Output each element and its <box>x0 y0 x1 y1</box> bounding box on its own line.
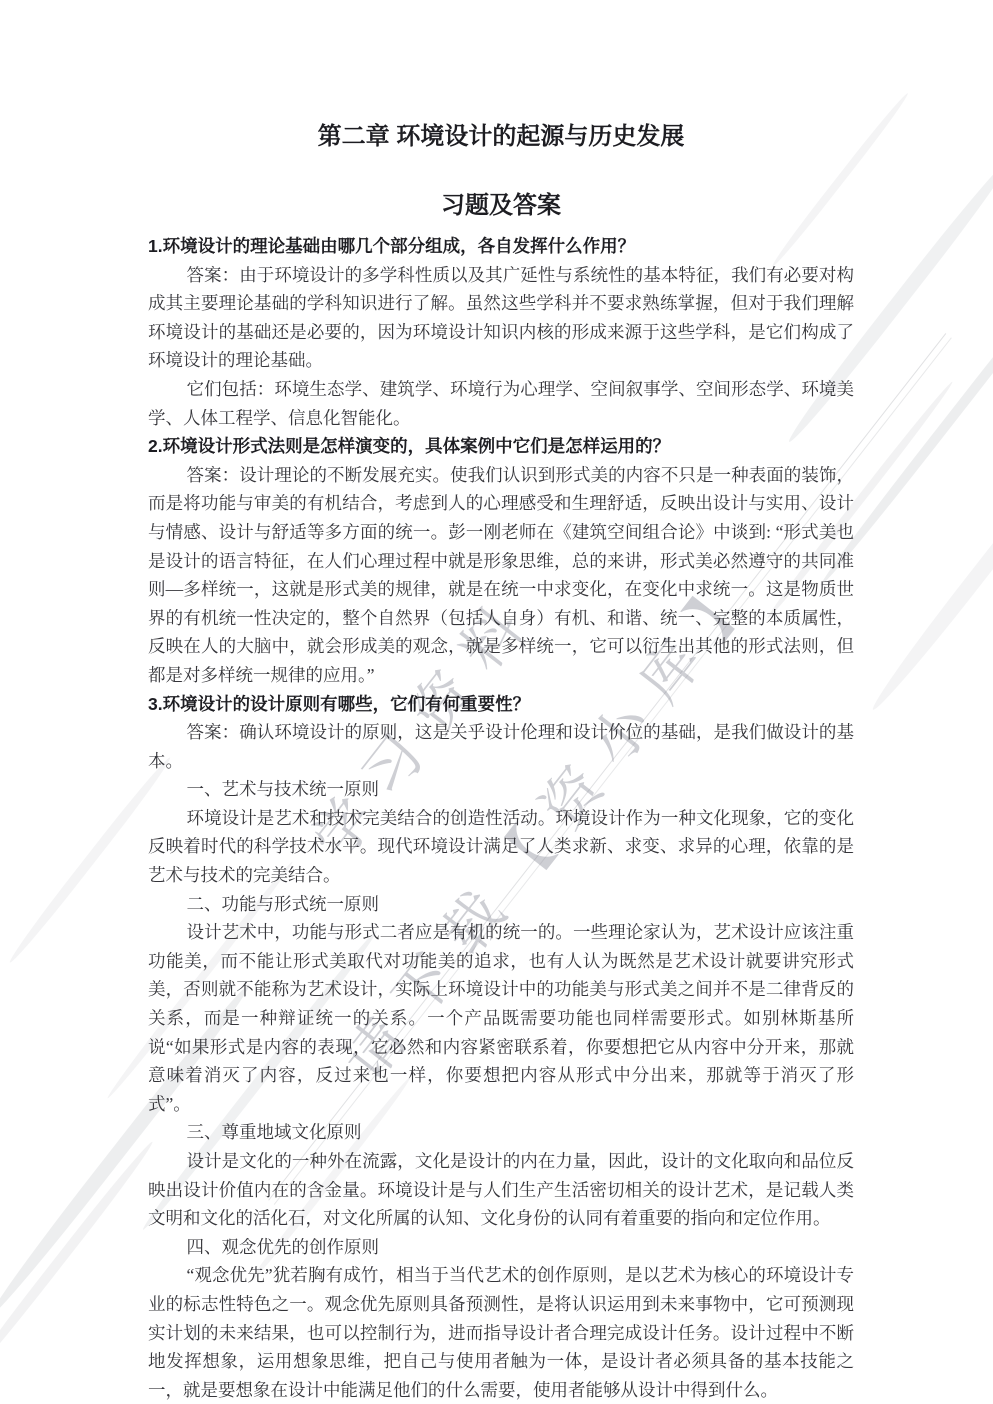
question-3-heading: 3.环境设计的设计原则有哪些，它们有何重要性？ <box>148 690 854 719</box>
answer-2-paragraph-1: 答案：设计理论的不断发展充实。使我们认识到形式美的内容不只是一种表面的装饰，而是… <box>148 461 854 690</box>
answer-3-paragraph-1: 答案：确认环境设计的原则，这是关乎设计伦理和设计价位的基础，是我们做设计的基本。 <box>148 718 854 775</box>
document-page: { "page": { "title": "第二章 环境设计的起源与历史发展",… <box>0 0 993 1404</box>
answer-3-principle-2-body: 设计艺术中，功能与形式二者应是有机的统一的。一些理论家认为，艺术设计应该注重功能… <box>148 918 854 1118</box>
watermark-streak <box>867 405 993 714</box>
answer-3-principle-4-title: 四、观念优先的创作原则 <box>148 1233 854 1262</box>
answer-3-principle-2-title: 二、功能与形式统一原则 <box>148 890 854 919</box>
answer-3-principle-3-body: 设计是文化的一种外在流露，文化是设计的内在力量，因此，设计的文化取向和品位反映出… <box>148 1147 854 1233</box>
chapter-title: 第二章 环境设计的起源与历史发展 <box>148 120 854 154</box>
watermark-streak <box>0 1139 156 1382</box>
page-subtitle: 习题及答案 <box>148 190 854 222</box>
answer-1-paragraph-1: 答案：由于环境设计的多学科性质以及其广延性与系统性的基本特征，我们有必要对构成其… <box>148 261 854 375</box>
question-1-heading: 1.环境设计的理论基础由哪几个部分组成，各自发挥什么作用？ <box>148 232 854 261</box>
answer-3-principle-3-title: 三、尊重地域文化原则 <box>148 1118 854 1147</box>
answer-3-principle-4-body: “观念优先”犹若胸有成竹，相当于当代艺术的创作原则，是以艺术为核心的环境设计专业… <box>148 1261 854 1404</box>
document-body: 第二章 环境设计的起源与历史发展 习题及答案 1.环境设计的理论基础由哪几个部分… <box>148 120 854 1404</box>
answer-3-principle-1-body: 环境设计是艺术和技术完美结合的创造性活动。环境设计作为一种文化现象，它的变化反映… <box>148 804 854 890</box>
answer-1-paragraph-2: 它们包括：环境生态学、建筑学、环境行为心理学、空间叙事学、空间形态学、环境美学、… <box>148 375 854 432</box>
answer-3-principle-1-title: 一、艺术与技术统一原则 <box>148 775 854 804</box>
question-2-heading: 2.环境设计形式法则是怎样演变的，具体案例中它们是怎样运用的？ <box>148 432 854 461</box>
